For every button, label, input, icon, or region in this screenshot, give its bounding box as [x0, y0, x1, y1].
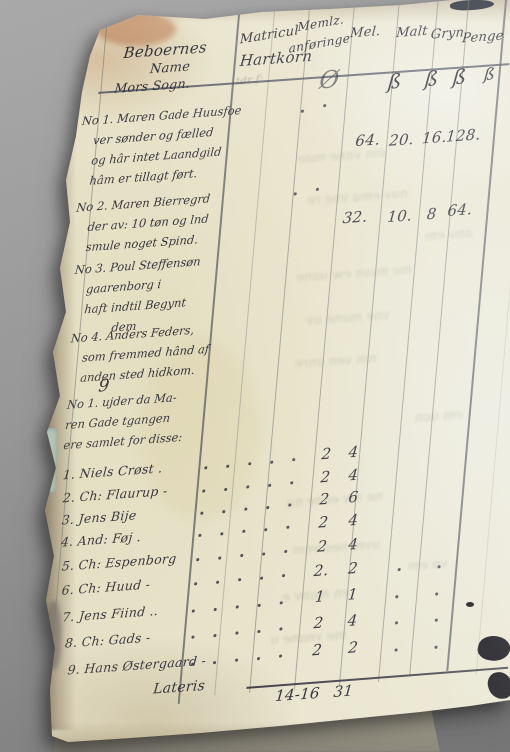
list-value-mel: 2. — [313, 561, 329, 580]
bleedthrough-text: vn em — [407, 557, 448, 575]
column-header-malt: Malt — [395, 24, 428, 41]
flourish-mark: Ø — [318, 65, 340, 95]
list-value-malt: 4 — [348, 443, 359, 462]
unit-glyph-malt: ß — [424, 66, 440, 91]
list-item: 7. Jens Fiind .. — [62, 603, 159, 625]
section-heading: Mors Sogn. — [114, 75, 191, 95]
column-header-names-2: Name — [149, 59, 191, 77]
column-rule — [409, 0, 471, 676]
ledger-entry-1: No 1. Maren Gade Huusfoe ver sønder og f… — [76, 100, 243, 192]
bleedthrough-text: em uan — [414, 407, 464, 426]
value-malt: 20. — [388, 130, 414, 150]
bleedthrough-text: me nuan ew uane — [296, 262, 413, 285]
value-gryn: 16. — [421, 128, 447, 148]
value-malt: 10. — [387, 206, 413, 226]
column-header-angivelse: Memlz. — [297, 12, 344, 34]
pencil-note: tdr f: — [236, 74, 264, 88]
list-value-malt: 4 — [347, 611, 358, 630]
unit-glyph-penge: ß — [483, 64, 496, 84]
column-header-names: Beboernes — [123, 38, 208, 62]
bleedthrough-text: vne mane uv — [306, 308, 391, 329]
ink-blot — [476, 633, 510, 664]
edge-ink-stain — [52, 90, 72, 150]
ledger-entry-4: No 4. Anders Feders, som fremmed hând af… — [66, 319, 211, 389]
list-item: 2. Ch: Flaurup - — [62, 483, 168, 505]
leader-dot — [301, 110, 304, 113]
list-item: 5. Ch: Espenborg — [61, 551, 177, 574]
bleedthrough-text: nm ven anre — [294, 351, 378, 372]
column-rule — [339, 0, 401, 687]
value-gryn: 8 — [426, 205, 437, 224]
value-penge: 128. — [445, 125, 481, 146]
bleedthrough-text: em vnne mao — [297, 146, 386, 167]
column-rule — [378, 0, 440, 682]
ledger-entry-5: No 1. ujder da Ma- ren Gade tgangen ere … — [63, 386, 187, 455]
list-item: 8. Ch: Gads - — [64, 630, 151, 651]
bleedthrough-text: anv em — [424, 226, 473, 244]
list-value-malt: 2 — [347, 638, 358, 657]
leader-dot — [294, 192, 297, 195]
unit-glyph-gryn: ß — [452, 64, 468, 89]
document-photo: Beboernes Name Matricul Hartkorn Memlz. … — [0, 0, 510, 752]
leader-dot — [316, 188, 319, 191]
unit-glyph-mel: ß — [387, 69, 403, 94]
page-number: 4. — [60, 82, 74, 98]
bleedthrough-text: ne mv eane nu — [286, 489, 383, 511]
bleedthrough-text: uvm nea vnm — [292, 537, 381, 558]
tape-repair — [25, 427, 58, 492]
list-item: 9. Hans Østergaard - — [67, 653, 207, 678]
list-value-mel: 2 — [321, 444, 332, 463]
list-value-mel: 2 — [320, 468, 331, 487]
page-fold-mark — [450, 0, 495, 12]
bleedthrough-text: en manv e — [282, 586, 351, 606]
leader-dot — [323, 104, 326, 107]
list-value-malt: 4 — [348, 511, 359, 530]
column-header-gryn: Gryn — [430, 25, 465, 42]
totals-label: Lateris — [152, 678, 205, 698]
list-value-malt: 2 — [347, 559, 358, 578]
ink-blot — [486, 670, 510, 700]
ledger-entry-2: No 2. Maren Bierregrd der av: 10 tøn og … — [72, 188, 211, 258]
bleedthrough-text: nuv ema vne re — [306, 186, 409, 208]
totals-malt: 31 — [333, 681, 354, 701]
value-penge: 64. — [447, 200, 473, 220]
bleedthrough-text: me vnane u — [270, 628, 347, 648]
list-value-mel: 2 — [318, 513, 329, 532]
column-header-penge: Penge — [461, 28, 504, 46]
value-mel: 32. — [342, 207, 368, 227]
totals-mel: 14-16 — [274, 684, 320, 705]
column-header-mel: Mel. — [349, 24, 381, 41]
list-item: 1. Niels Crøst . — [62, 460, 163, 482]
ink-speck — [466, 602, 474, 607]
list-value-malt: 4 — [348, 466, 359, 485]
column-rule — [446, 0, 508, 671]
manuscript-page: Beboernes Name Matricul Hartkorn Memlz. … — [0, 0, 510, 752]
column-rule — [476, 261, 510, 675]
